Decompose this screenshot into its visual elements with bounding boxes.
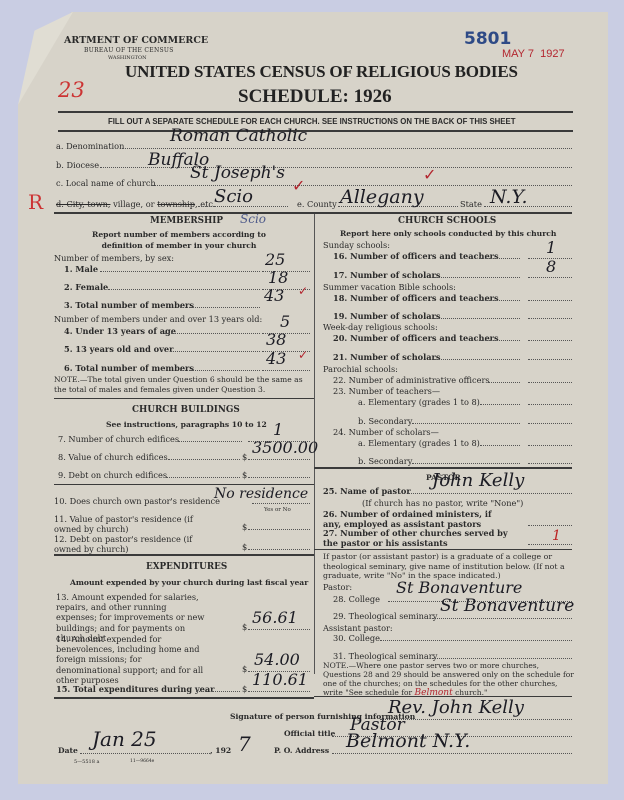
received-date-stamp: MAY 7 1927	[502, 48, 565, 60]
currency-sign: $	[242, 622, 247, 632]
denomination-label: a. Denomination	[56, 141, 124, 151]
other-churches-label: 27. Number of other churches served by t…	[323, 529, 509, 548]
city-label-struck-2: township	[157, 199, 195, 209]
scholars-elementary-label: a. Elementary (grades 1 to 8)	[358, 438, 480, 448]
pastor-college-value[interactable]: St Bonaventure	[396, 578, 522, 597]
members-by-sex-label: Number of members, by sex:	[54, 253, 174, 263]
currency-sign: $	[242, 664, 247, 674]
currency-sign: $	[242, 684, 247, 694]
check-mark-icon: ✓	[423, 165, 436, 184]
city-label-village: village, or	[113, 199, 155, 209]
currency-sign: $	[242, 470, 247, 480]
weekday-schools-label: Week-day religious schools:	[323, 322, 438, 332]
edifices-count-value[interactable]: 1	[273, 420, 283, 439]
weekday-scholars-label: 21. Number of scholars	[333, 352, 440, 362]
graduate-intro: If pastor (or assistant pastor) is a gra…	[323, 552, 575, 581]
assistant-pastor-subheading: Assistant pastor:	[323, 623, 393, 633]
county-label: e. County	[297, 199, 337, 209]
expenditures-intro: Amount expended by your church during la…	[70, 578, 308, 587]
po-address-value[interactable]: Belmont N.Y.	[346, 730, 470, 752]
schools-intro: Report here only schools conducted by th…	[340, 229, 556, 238]
yes-or-no-hint: Yes or No	[264, 507, 291, 513]
form-subtitle: SCHEDULE: 1926	[238, 86, 392, 108]
total-expenditures-value[interactable]: 110.61	[252, 670, 308, 689]
date-value[interactable]: Jan 25	[92, 727, 157, 751]
owns-residence-value[interactable]: No residence	[214, 486, 308, 502]
membership-heading: MEMBERSHIP	[150, 216, 223, 226]
membership-intro: Report number of members according to de…	[74, 229, 284, 251]
denomination-value[interactable]: Roman Catholic	[170, 126, 307, 146]
city-name: WASHINGTON	[108, 55, 146, 61]
city-label: d. City, town, village, or township, etc…	[56, 199, 216, 209]
city-label-struck: d. City, town,	[56, 199, 110, 209]
page-mark: 23	[58, 78, 85, 102]
teachers-elementary-label: a. Elementary (grades 1 to 8)	[358, 397, 480, 407]
male-value[interactable]: 25	[265, 250, 285, 269]
total-by-age-label: 6. Total number of members	[64, 363, 194, 373]
edifices-count-label: 7. Number of church edifices	[58, 434, 179, 444]
form-code: 5—5518 a	[74, 759, 99, 765]
city-label-etc: , etc.	[195, 199, 216, 209]
pastor-seminary-label: 29. Theological seminary	[333, 611, 437, 621]
check-mark-icon: ✓	[292, 176, 305, 195]
sunday-scholars-value[interactable]: 8	[546, 257, 556, 276]
benevolences-label: 14. Amount expended for benevolences, in…	[56, 634, 208, 685]
pastor-college-label: 28. College	[333, 594, 380, 604]
parochial-officers-label: 22. Number of administrative officers	[333, 375, 490, 385]
pastor-seminary-value[interactable]: St Bonaventure	[440, 596, 574, 616]
official-title-label: Official title	[284, 729, 335, 738]
date-label: Date	[58, 746, 78, 755]
assistant-seminary-label: 31. Theological seminary	[333, 651, 437, 661]
male-label: 1. Male	[64, 264, 98, 274]
weekday-officers-label: 20. Number of officers and teachers	[333, 333, 499, 343]
print-code: 11—9664e	[130, 759, 154, 764]
stamp-number: 5801	[464, 29, 511, 49]
local-name-label: c. Local name of church	[56, 178, 156, 188]
check-mark-icon: ✓	[298, 348, 308, 362]
female-label: 2. Female	[64, 282, 108, 292]
pastor-name-label: 25. Name of pastor	[323, 486, 411, 496]
residence-value-label: 11. Value of pastor's residence (if owne…	[54, 514, 204, 534]
state-label: State	[460, 199, 482, 209]
edifices-value-amount[interactable]: 3500.00	[252, 438, 318, 457]
membership-note: NOTE.—The total given under Question 6 s…	[54, 375, 312, 395]
form-title: UNITED STATES CENSUS OF RELIGIOUS BODIES	[125, 62, 518, 82]
residence-debt-label: 12. Debt on pastor's residence (if owned…	[54, 534, 204, 554]
total-members-value[interactable]: 43	[264, 286, 284, 305]
diocese-label: b. Diocese	[56, 160, 99, 170]
assistant-college-label: 30. College	[333, 633, 380, 643]
edifices-value-label: 8. Value of church edifices	[58, 452, 168, 462]
sunday-schools-label: Sunday schools:	[323, 240, 390, 250]
parochial-scholars-label: 24. Number of scholars—	[333, 427, 439, 437]
sunday-scholars-label: 17. Number of scholars	[333, 270, 440, 280]
over-13-value[interactable]: 38	[266, 330, 286, 349]
members-by-age-label: Number of members under and over 13 year…	[54, 314, 262, 324]
under-13-value[interactable]: 5	[280, 312, 290, 331]
female-value[interactable]: 18	[268, 268, 288, 287]
pastor-subheading: Pastor:	[323, 582, 352, 592]
summer-schools-label: Summer vacation Bible schools:	[323, 282, 456, 292]
city-value[interactable]: Scio	[214, 186, 253, 207]
sunday-officers-value[interactable]: 1	[546, 238, 556, 257]
under-13-label: 4. Under 13 years of age	[64, 326, 176, 336]
scholars-secondary-label: b. Secondary	[358, 456, 412, 466]
summer-officers-label: 18. Number of officers and teachers	[333, 293, 499, 303]
expenditures-heading: EXPENDITURES	[146, 562, 227, 572]
currency-sign: $	[242, 452, 247, 462]
running-expenses-value[interactable]: 56.61	[252, 608, 298, 627]
buildings-heading: CHURCH BUILDINGS	[132, 405, 240, 415]
sunday-officers-label: 16. Number of officers and teachers	[333, 251, 499, 261]
year-prefix: , 192	[210, 746, 231, 755]
buildings-intro: See instructions, paragraphs 10 to 12	[106, 420, 267, 429]
membership-annotation: Scio	[240, 212, 266, 226]
benevolences-value[interactable]: 54.00	[254, 650, 300, 669]
over-13-label: 5. 13 years old and over	[64, 344, 173, 354]
currency-sign: $	[242, 542, 247, 552]
department-name: ARTMENT OF COMMERCE	[64, 35, 208, 46]
margin-mark: R	[28, 190, 43, 214]
po-address-label: P. O. Address	[274, 746, 329, 755]
year-value[interactable]: 7	[238, 732, 251, 756]
parochial-schools-label: Parochial schools:	[323, 364, 398, 374]
total-expenditures-label: 15. Total expenditures during year	[56, 684, 215, 694]
owns-residence-label: 10. Does church own pastor's residence	[54, 496, 220, 506]
edifices-debt-label: 9. Debt on church edifices	[58, 470, 167, 480]
form-instruction: FILL OUT A SEPARATE SCHEDULE FOR EACH CH…	[108, 117, 515, 126]
summer-scholars-label: 19. Number of scholars	[333, 311, 440, 321]
signature-value[interactable]: Rev. John Kelly	[388, 697, 524, 718]
other-churches-value[interactable]: 1	[552, 528, 561, 544]
check-mark-icon: ✓	[298, 284, 308, 298]
local-name-value[interactable]: St Joseph's	[190, 163, 285, 183]
teachers-secondary-label: b. Secondary	[358, 416, 412, 426]
currency-sign: $	[242, 522, 247, 532]
bureau-name: BUREAU OF THE CENSUS	[84, 47, 174, 54]
assistant-ministers-label: 26. Number of ordained ministers, if any…	[323, 510, 509, 529]
pastor-note: NOTE.—Where one pastor serves two or mor…	[323, 661, 575, 698]
pastor-name-hint: (If church has no pastor, write "None")	[362, 498, 523, 508]
schools-heading: CHURCH SCHOOLS	[398, 216, 496, 226]
total-by-age-value[interactable]: 43	[266, 349, 286, 368]
total-members-label: 3. Total number of members	[64, 300, 194, 310]
parochial-teachers-label: 23. Number of teachers—	[333, 386, 440, 396]
county-value[interactable]: Allegany	[340, 186, 424, 208]
pastor-name-value[interactable]: John Kelly	[432, 470, 524, 491]
state-value[interactable]: N.Y.	[490, 186, 528, 208]
